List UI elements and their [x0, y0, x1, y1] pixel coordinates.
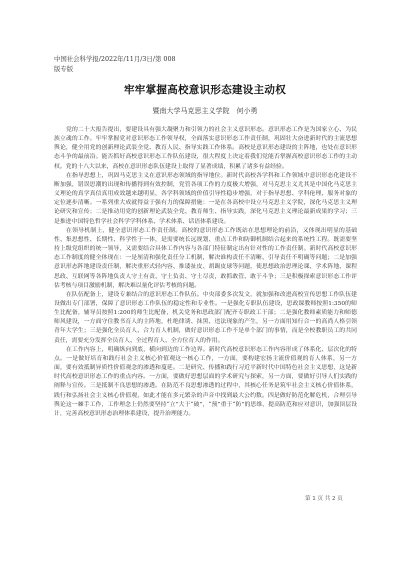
- source-info: 中国社会科学报/2022年/11月/3日/第 008 版专版: [54, 54, 194, 74]
- document-page: 中国社会科学报/2022年/11月/3日/第 008 版专版 牢牢掌握高校意识形…: [0, 0, 410, 580]
- article-byline: 暨南大学马克思主义学院 何小勇: [0, 106, 410, 116]
- article-title: 牢牢掌握高校意识形态建设主动权: [0, 82, 410, 97]
- article-body: 党的二十大报告提出，要建设具有强大凝聚力和引领力的社会主义意识形态。意识形态工作…: [54, 126, 357, 419]
- source-line-1: 中国社会科学报/2022年/11月/3日/第 008: [54, 54, 194, 64]
- paragraph-1: 党的二十大报告提出，要建设具有强大凝聚力和引领力的社会主义意识形态。意识形态工作…: [54, 126, 357, 172]
- source-line-2: 版专版: [54, 64, 194, 74]
- paragraph-4: 在队伍配备上，建设专兼结合的意识形态工作队伍。中央部委多次发文，就加强和改进高校…: [54, 291, 357, 346]
- paragraph-5: 在工作内容上，明确纵向到底，横向到边的工作边界。新时代高校意识形态工作内容形成了…: [54, 346, 357, 419]
- page-indicator: 第 1 页 共 2 页: [305, 494, 343, 502]
- paragraph-3: 在领导机制上，健全意识形态工作责任制。高校的意识形态工作既站在思想理论的前沿，又…: [54, 227, 357, 291]
- paragraph-2: 在指导思想上，巩固马克思主义在意识形态领域的指导地位。新时代高校各学科和工作领域…: [54, 172, 357, 227]
